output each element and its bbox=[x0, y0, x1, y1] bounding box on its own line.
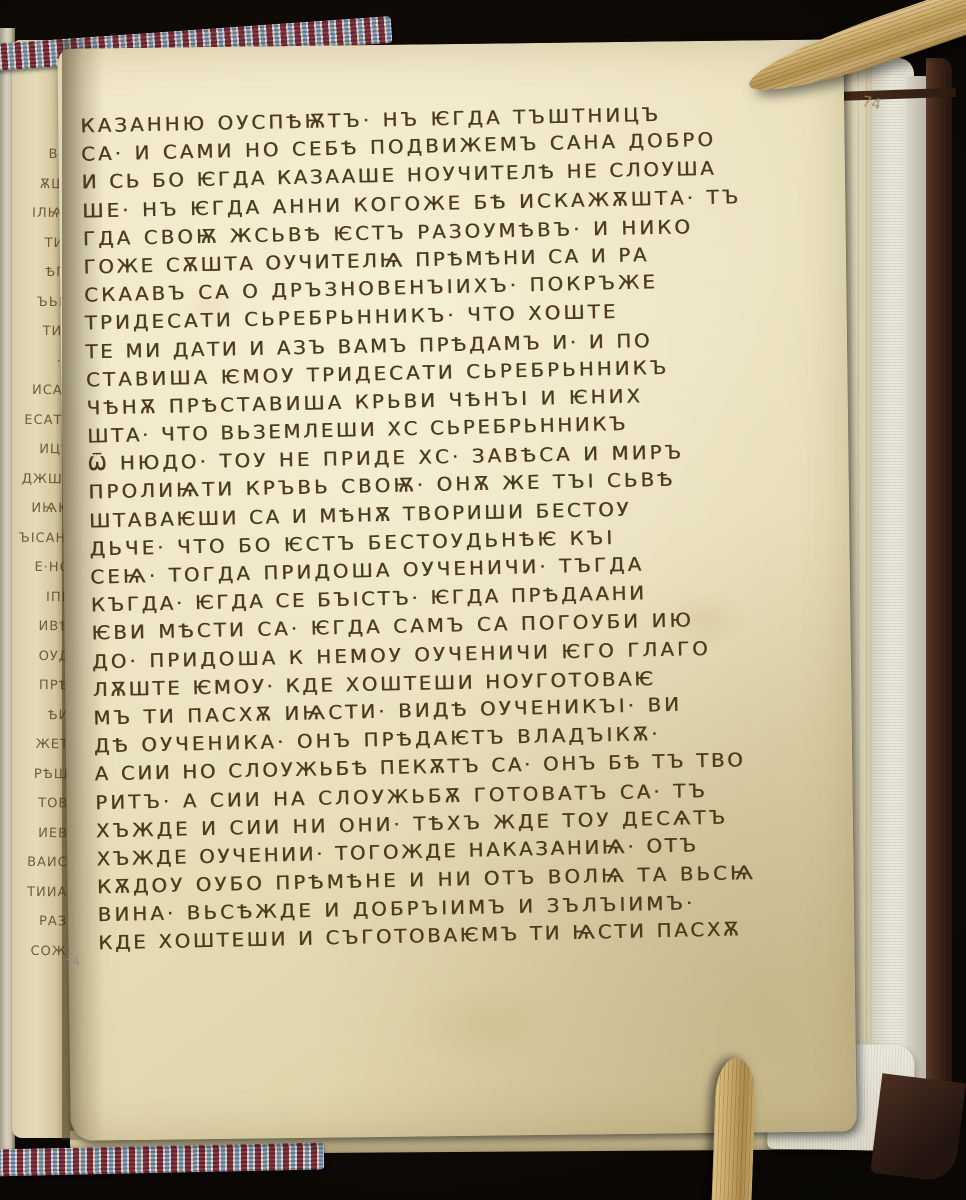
folio-number-ink: 74 bbox=[860, 92, 882, 114]
cover-board-edge bbox=[926, 58, 952, 1132]
text-block: КАЗАННЮ ОУСПѢѬТЪ· НЪ ѤГДА ТЪШТНИЦЪСА· И … bbox=[80, 95, 889, 958]
gutter-text-fragment: ОУД bbox=[12, 641, 70, 671]
wooden-pointer-bottom[interactable] bbox=[711, 1057, 756, 1200]
woven-endband-bottom bbox=[0, 1143, 324, 1177]
gutter-text-fragment: СОЖ bbox=[12, 936, 67, 966]
gutter-text-fragment: ЖЕТ bbox=[12, 730, 69, 760]
manuscript-page: КАЗАННЮ ОУСПѢѬТЪ· НЪ ѤГДА ТЪШТНИЦЪСА· И … bbox=[57, 39, 856, 1141]
gutter-text-fragment: РѢШ bbox=[12, 759, 69, 789]
gutter-text-fragment: ИЕВ bbox=[12, 818, 68, 848]
gutter-text-fragment: Е·НО bbox=[12, 553, 71, 583]
gutter-text-fragment: ѢИ bbox=[12, 700, 69, 730]
gutter-text-fragment: ВАИС bbox=[12, 848, 68, 878]
gutter-text-fragment: ІПР bbox=[12, 582, 71, 612]
gutter-text-fragment: РАЗ bbox=[12, 907, 67, 937]
pencil-foliation: 74 bbox=[65, 955, 81, 970]
gutter-text-fragment: ТИИА bbox=[12, 877, 68, 907]
gutter-text-fragment: ИВѢ bbox=[12, 612, 70, 642]
gutter-text-fragment: ПРѢ bbox=[12, 671, 70, 701]
cover-board-corner bbox=[870, 1073, 966, 1182]
manuscript-photo: ВЪІѪШРІЛѨНТИВѢГРЪЬШТИѢ·ѪИСАВЕСАТВИЦѢДЖШТ… bbox=[0, 0, 966, 1200]
gutter-text-fragment: ТОВ bbox=[12, 789, 69, 819]
